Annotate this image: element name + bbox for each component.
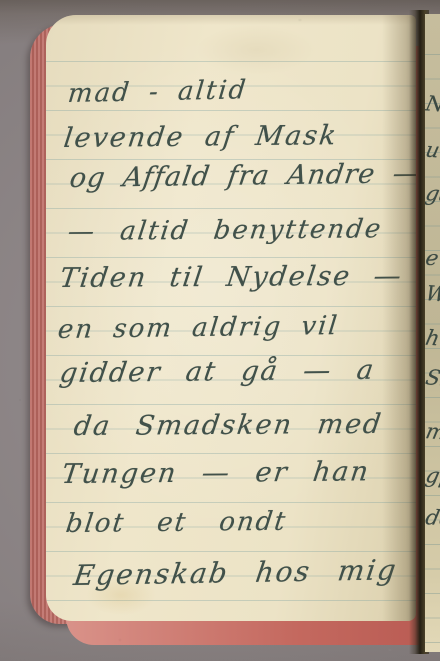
ink-fragment: gp — [425, 463, 440, 489]
handwritten-line: da Smadsken med — [72, 409, 385, 442]
handwritten-line: mad - altid — [66, 75, 248, 109]
handwritten-line: Tiden til Nydelse — — [58, 261, 405, 294]
ink-fragment: ga — [425, 181, 440, 207]
handwritten-line: Tungen — er han — [60, 456, 372, 490]
handwritten-line: blot et ondt — [64, 507, 289, 539]
page-top-shadow — [46, 15, 416, 25]
handwritten-line: og Affald fra Andre — — [68, 158, 416, 194]
handwritten-line: levende af Mask — [62, 120, 340, 154]
notebook-page: mad - altid levende af Mask og Affald fr… — [46, 15, 416, 621]
ink-fragment: de — [425, 505, 440, 531]
handwritten-line: gidder at gå — a — [58, 355, 378, 389]
ink-fragment: u — [425, 138, 440, 163]
ink-fragment: Sl — [425, 365, 440, 390]
ink-fragment: ml — [425, 419, 440, 445]
photo-background: mad - altid levende af Mask og Affald fr… — [0, 0, 440, 661]
adjacent-page: N u ga e W h Sl ml gp de — [425, 14, 440, 652]
handwritten-line: — altid benyttende — [66, 214, 384, 247]
handwritten-line: Egenskab hos mig — [72, 553, 400, 592]
ink-fragment: h — [425, 326, 440, 351]
ink-fragment: W — [425, 281, 440, 306]
handwritten-line: en som aldrig vil — [56, 311, 340, 345]
ink-fragment: N — [425, 92, 440, 117]
page-stain — [196, 25, 316, 75]
